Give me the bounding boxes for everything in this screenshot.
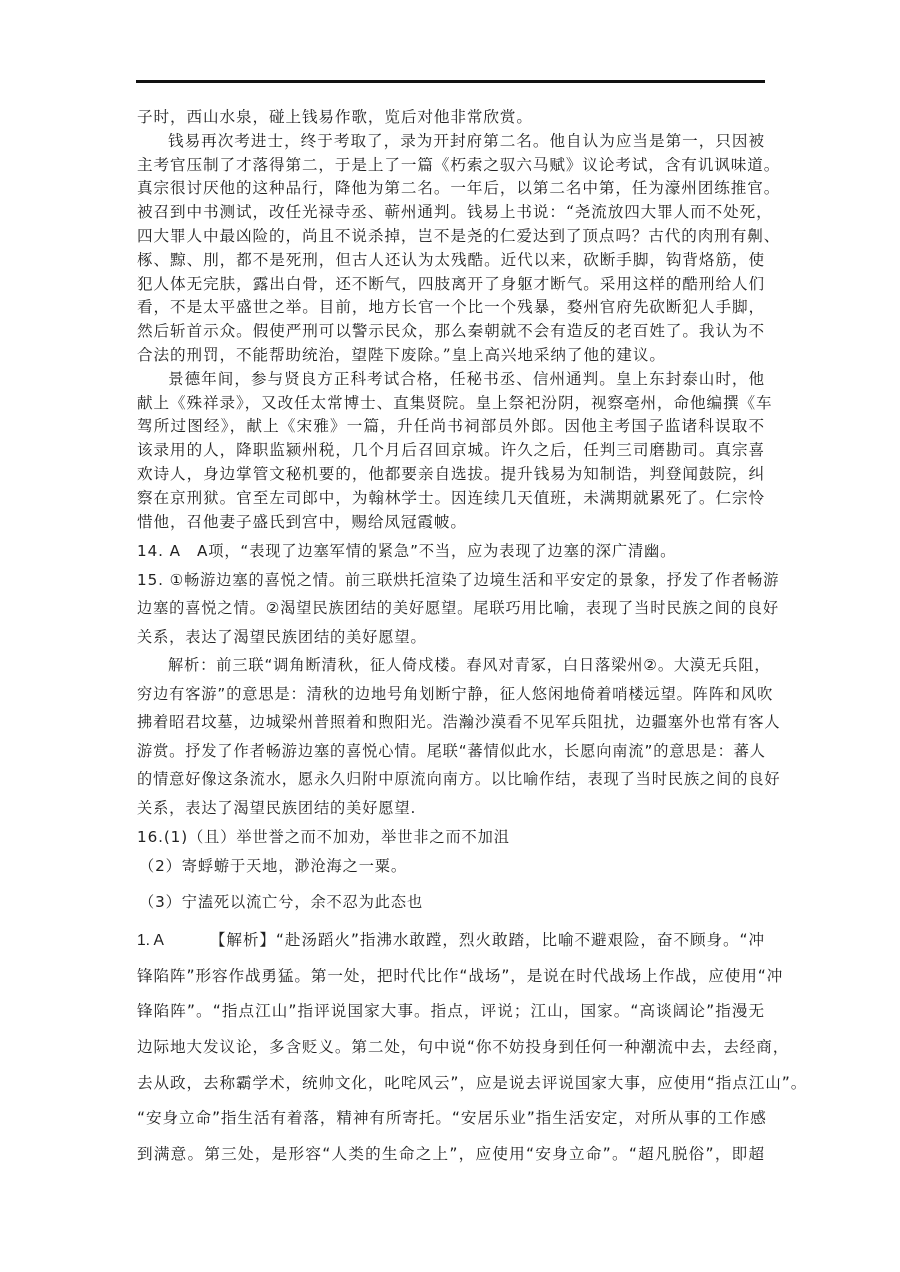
header-rule <box>136 80 765 83</box>
text-line: 四大罪人中最凶险的，尚且不说杀掉，岂不是尧的仁爱达到了顶点吗？古代的肉刑有劓、 <box>137 225 765 249</box>
text-line: 锋陷阵”。“指点江山”指评说国家大事。指点，评说；江山，国家。“高谈阔论”指漫无 <box>137 994 765 1030</box>
text-line: 献上《殊祥录》，又改任太常博士、直集贤院。皇上祭祀汾阴，视察亳州，命他编撰《车 <box>137 392 765 416</box>
text-line: 锋陷阵”形容作战勇猛。第一处，把时代比作“战场”，是说在时代战场上作战，应使用“… <box>137 959 765 995</box>
text-line: 真宗很讨厌他的这种品行，降他为第二名。一年后，以第二名中第，任为濠州团练推官。 <box>137 177 765 201</box>
text-line: 欢诗人，身边掌管文秘机要的，他都要亲自选拔。提升钱易为知制诰，判登闻鼓院，纠 <box>137 463 765 487</box>
text-line: 犯人体无完肤，露出白骨，还不断气，四肢离开了身躯才断气。采用这样的酷刑给人们 <box>137 273 765 297</box>
paragraph-start-line: 景德年间，参与贤良方正科考试合格，任秘书丞、信州通判。皇上东封泰山时，他 <box>137 368 765 392</box>
translation-section: 子时，西山水泉，碰上钱易作歌，览后对他非常欣赏。 钱易再次考进士，终于考取了，录… <box>137 106 765 534</box>
text-line: 椓、黥、刖，都不是死刑，但古人还认为太残酷。近代以来，砍断手脚，钩背烙筋，使 <box>137 249 765 273</box>
answer-15-line: 15. ①畅游边塞的喜悦之情。前三联烘托渲染了边境生活和平安定的景象，抒发了作者… <box>137 566 765 595</box>
text-line: 边际地大发议论，多含贬义。第二处，句中说“你不妨投身到任何一种潮流中去，去经商， <box>137 1030 765 1066</box>
text-line: “安身立命”指生活有着落，精神有所寄托。“安居乐业”指生活安定，对所从事的工作感 <box>137 1101 765 1137</box>
answer-14-line: 14. A A项，“表现了边塞军情的紧急”不当，应为表现了边塞的深广清幽。 <box>137 537 765 566</box>
text-line: 子时，西山水泉，碰上钱易作歌，览后对他非常欣赏。 <box>137 106 765 130</box>
text-line: 游赏。抒发了作者畅游边塞的喜悦心情。尾联“蕃情似此水，长愿向南流”的意思是：蕃人 <box>137 737 765 766</box>
text-line: 驾所过图经》，献上《宋雅》一篇，升任尚书祠部员外郎。因他主考国子监诸科误取不 <box>137 415 765 439</box>
text-line: 合法的刑罚，不能帮助统治，望陛下废除。”皇上高兴地采纳了他的建议。 <box>137 344 765 368</box>
text-line: 主考官压制了才落得第二，于是上了一篇《朽索之驭六马赋》议论考试，含有讥讽味道。 <box>137 154 765 178</box>
text-line: 1. A【解析】“赴汤蹈火”指沸水敢蹚，烈火敢踏，比喻不避艰险，奋不顾身。“冲 <box>137 923 765 959</box>
text-line: 被召到中书测试，改任光禄寺丞、蕲州通判。钱易上书说：“尧流放四大罪人而不处死， <box>137 201 765 225</box>
analysis-start-line: 解析：前三联“调角断清秋，征人倚戍楼。春风对青冢，白日落梁州②。大漠无兵阻， <box>137 651 765 680</box>
text-line: 惜他，召他妻子盛氏到宫中，赐给凤冠霞帔。 <box>137 511 765 535</box>
text-line: 拂着昭君坟墓，边城梁州普照着和煦阳光。浩瀚沙漠看不见军兵阻扰，边疆塞外也常有客人 <box>137 708 765 737</box>
answer-16-part-2: （2）寄蜉蝣于天地，渺沧海之一粟。 <box>137 855 765 891</box>
text-line: 关系，表达了渴望民族团结的美好愿望. <box>137 794 765 823</box>
answer-16-part-1: 16.(1)（且）举世誉之而不加劝，举世非之而不加沮 <box>137 826 765 855</box>
text-line: 该录用的人，降职监颍州税，几个月后召回京城。许久之后，任判三司磨勘司。真宗喜 <box>137 439 765 463</box>
answer-16-part-3: （3）宁溘死以流亡兮，余不忍为此态也 <box>137 891 765 921</box>
answer-1-section: 1. A【解析】“赴汤蹈火”指沸水敢蹚，烈火敢踏，比喻不避艰险，奋不顾身。“冲 … <box>137 923 765 1173</box>
text-line: 边塞的喜悦之情。②渴望民族团结的美好愿望。尾联巧用比喻，表现了当时民族之间的良好 <box>137 594 765 623</box>
text-line: 到满意。第三处，是形容“人类的生命之上”，应使用“安身立命”。“超凡脱俗”，即超 <box>137 1137 765 1173</box>
answer-16-section: 16.(1)（且）举世誉之而不加劝，举世非之而不加沮 （2）寄蜉蝣于天地，渺沧海… <box>137 826 765 921</box>
text-line: 的情意好像这条流水，愿永久归附中原流向南方。以比喻作结，表现了当时民族之间的良好 <box>137 765 765 794</box>
text-line: 穷边有客游”的意思是：清秋的边地号角划断宁静，征人悠闲地倚着哨楼远望。阵阵和风吹 <box>137 680 765 709</box>
text-line: 看，不是太平盛世之举。目前，地方长官一个比一个残暴，婺州官府先砍断犯人手脚， <box>137 296 765 320</box>
answers-14-15-section: 14. A A项，“表现了边塞军情的紧急”不当，应为表现了边塞的深广清幽。 15… <box>137 537 765 822</box>
text-line: 关系，表达了渴望民族团结的美好愿望。 <box>137 623 765 652</box>
text-line: 然后斩首示众。假使严刑可以警示民众，那么秦朝就不会有造反的老百姓了。我认为不 <box>137 320 765 344</box>
text-line: 察在京刑狱。官至左司郎中，为翰林学士。因连续几天值班，未满期就累死了。仁宗怜 <box>137 487 765 511</box>
question-number: 1. A <box>137 932 164 949</box>
text-line: 去从政，去称霸学术，统帅文化，叱咤风云”，应是说去评说国家大事，应使用“指点江山… <box>137 1066 765 1102</box>
analysis-text: 【解析】“赴汤蹈火”指沸水敢蹚，烈火敢踏，比喻不避艰险，奋不顾身。“冲 <box>210 931 765 949</box>
paragraph-start-line: 钱易再次考进士，终于考取了，录为开封府第二名。他自认为应当是第一，只因被 <box>137 130 765 154</box>
